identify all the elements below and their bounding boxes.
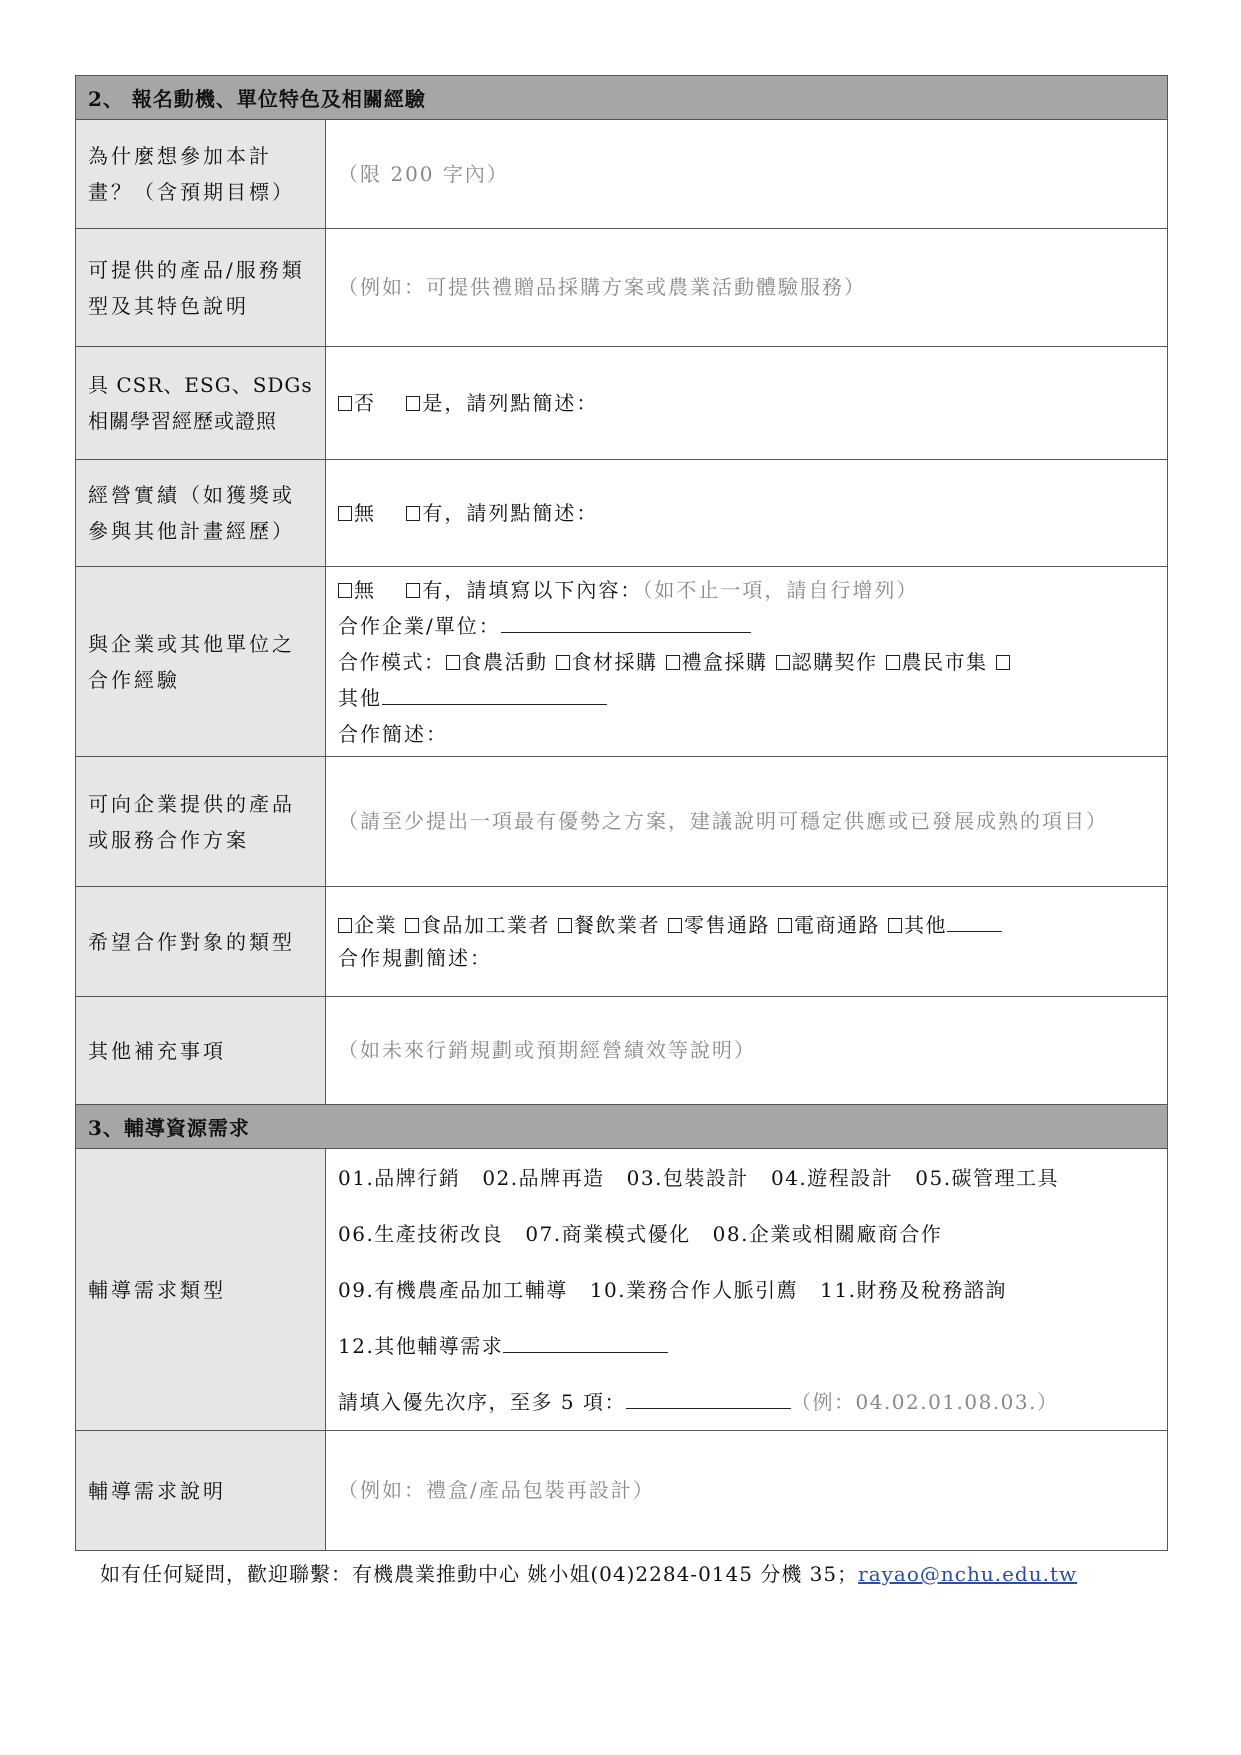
priority-label: 請填入優先次序，至多 5 項： — [338, 1390, 626, 1414]
checkbox-target-retail[interactable] — [668, 918, 682, 933]
priority-input[interactable] — [626, 1388, 791, 1409]
row-motivation: 為什麼想參加本計畫？（含預期目標） （限 200 字內） — [76, 120, 1167, 229]
needs-type-field: 01.品牌行銷02.品牌再造03.包裝設計04.遊程設計05.碳管理工具 06.… — [326, 1149, 1167, 1430]
label-csr: 具 CSR、ESG、SDGs 相關學習經歷或證照 — [76, 347, 326, 459]
other-notes-field[interactable]: （如未來行銷規劃或預期經營績效等說明） — [326, 997, 1167, 1104]
section-2-header: 2、 報名動機、單位特色及相關經驗 — [76, 76, 1167, 120]
row-needs-desc: 輔導需求說明 （例如：禮盒/產品包裝再設計） — [76, 1431, 1167, 1550]
plan-label: 合作規劃簡述： — [338, 946, 492, 970]
mode-market: 農民市集 — [902, 650, 988, 674]
checkbox-target-enterprise[interactable] — [338, 918, 352, 933]
application-form-table: 2、 報名動機、單位特色及相關經驗 為什麼想參加本計畫？（含預期目標） （限 2… — [75, 75, 1168, 1551]
coop-summary-label: 合作簡述： — [338, 722, 448, 746]
target-retail: 零售通路 — [684, 913, 770, 937]
need-08: 08.企業或相關廠商合作 — [713, 1222, 943, 1246]
row-targets: 希望合作對象的類型 企業食品加工業者餐飲業者零售通路電商通路其他 合作規劃簡述： — [76, 887, 1167, 997]
needs-desc-hint: （例如：禮盒/產品包裝再設計） — [338, 1472, 1155, 1509]
label-other-notes: 其他補充事項 — [76, 997, 326, 1104]
checkbox-target-food-processor[interactable] — [405, 918, 419, 933]
mode-food-farm: 食農活動 — [462, 650, 548, 674]
mode-giftbox: 禮盒採購 — [682, 650, 768, 674]
label-needs-desc: 輔導需求說明 — [76, 1431, 326, 1550]
target-food-processor: 食品加工業者 — [421, 913, 550, 937]
need-12: 12.其他輔導需求 — [338, 1334, 503, 1358]
checkbox-mode-market[interactable] — [886, 655, 900, 670]
target-restaurant: 餐飲業者 — [574, 913, 660, 937]
label-cooperation: 與企業或其他單位之合作經驗 — [76, 567, 326, 756]
checkbox-csr-yes[interactable] — [406, 396, 420, 411]
target-other-input[interactable] — [947, 911, 1002, 932]
label-proposal: 可向企業提供的產品或服務合作方案 — [76, 757, 326, 886]
contact-email-link[interactable]: rayao@nchu.edu.tw — [858, 1562, 1077, 1586]
checkbox-mode-ingredients[interactable] — [556, 655, 570, 670]
target-enterprise: 企業 — [354, 913, 397, 937]
cooperation-field: 無 有，請填寫以下內容：（如不止一項，請自行增列） 合作企業/單位： 合作模式：… — [326, 567, 1167, 756]
row-needs-type: 輔導需求類型 01.品牌行銷02.品牌再造03.包裝設計04.遊程設計05.碳管… — [76, 1149, 1167, 1431]
mode-label: 合作模式： — [338, 650, 446, 674]
checkbox-coop-none[interactable] — [338, 583, 352, 598]
need-07: 07.商業模式優化 — [525, 1222, 690, 1246]
contact-footer: 如有任何疑問，歡迎聯繫：有機農業推動中心 姚小姐(04)2284-0145 分機… — [100, 1558, 1077, 1587]
need-03: 03.包裝設計 — [627, 1166, 749, 1190]
checkbox-achievements-none[interactable] — [338, 506, 352, 521]
mode-other-label: 其他 — [338, 686, 382, 710]
label-needs-type: 輔導需求類型 — [76, 1149, 326, 1430]
checkbox-target-other[interactable] — [888, 918, 902, 933]
target-other: 其他 — [904, 913, 947, 937]
target-ecommerce: 電商通路 — [794, 913, 880, 937]
checkbox-target-ecommerce[interactable] — [778, 918, 792, 933]
label-motivation: 為什麼想參加本計畫？（含預期目標） — [76, 120, 326, 228]
needs-desc-field[interactable]: （例如：禮盒/產品包裝再設計） — [326, 1431, 1167, 1550]
checkbox-csr-no[interactable] — [338, 396, 352, 411]
proposal-hint: （請至少提出一項最有優勢之方案，建議說明可穩定供應或已發展成熟的項目） — [338, 803, 1155, 840]
needs-line-2: 06.生產技術改良07.商業模式優化08.企業或相關廠商合作 — [338, 1206, 1155, 1262]
motivation-hint: （限 200 字內） — [338, 156, 1155, 193]
checkbox-mode-contract[interactable] — [776, 655, 790, 670]
needs-line-3: 09.有機農產品加工輔導10.業務合作人脈引薦11.財務及稅務諮詢 — [338, 1262, 1155, 1318]
csr-field: 否 是，請列點簡述： — [326, 347, 1167, 459]
need-11: 11.財務及稅務諮詢 — [820, 1278, 1007, 1302]
mode-ingredients: 食材採購 — [572, 650, 658, 674]
checkbox-mode-food-farm[interactable] — [446, 655, 460, 670]
checkbox-target-restaurant[interactable] — [558, 918, 572, 933]
coop-hint: （如不止一項，請自行增列） — [642, 578, 918, 602]
partner-input[interactable] — [501, 612, 751, 633]
need-02: 02.品牌再造 — [482, 1166, 604, 1190]
section-3-header: 3、輔導資源需求 — [76, 1105, 1167, 1149]
targets-field: 企業食品加工業者餐飲業者零售通路電商通路其他 合作規劃簡述： — [326, 887, 1167, 996]
row-csr: 具 CSR、ESG、SDGs 相關學習經歷或證照 否 是，請列點簡述： — [76, 347, 1167, 460]
need-06: 06.生產技術改良 — [338, 1222, 503, 1246]
mode-contract: 認購契作 — [792, 650, 878, 674]
label-achievements: 經營實績（如獲獎或參與其他計畫經歷） — [76, 460, 326, 566]
row-products: 可提供的產品/服務類型及其特色說明 （例如：可提供禮贈品採購方案或農業活動體驗服… — [76, 229, 1167, 347]
option-csr-no: 否 — [354, 391, 376, 415]
needs-line-1: 01.品牌行銷02.品牌再造03.包裝設計04.遊程設計05.碳管理工具 — [338, 1150, 1155, 1206]
option-coop-none: 無 — [354, 578, 376, 602]
partner-label: 合作企業/單位： — [338, 614, 501, 638]
row-other-notes: 其他補充事項 （如未來行銷規劃或預期經營績效等說明） — [76, 997, 1167, 1105]
need-10: 10.業務合作人脈引薦 — [590, 1278, 798, 1302]
row-proposal: 可向企業提供的產品或服務合作方案 （請至少提出一項最有優勢之方案，建議說明可穩定… — [76, 757, 1167, 887]
need-04: 04.遊程設計 — [771, 1166, 893, 1190]
option-csr-yes: 是，請列點簡述： — [422, 391, 598, 415]
other-notes-hint: （如未來行銷規劃或預期經營績效等說明） — [338, 1032, 1155, 1069]
contact-text: 如有任何疑問，歡迎聯繫：有機農業推動中心 姚小姐(04)2284-0145 分機… — [100, 1562, 858, 1586]
need-01: 01.品牌行銷 — [338, 1166, 460, 1190]
products-hint: （例如：可提供禮贈品採購方案或農業活動體驗服務） — [338, 269, 1155, 306]
products-field[interactable]: （例如：可提供禮贈品採購方案或農業活動體驗服務） — [326, 229, 1167, 346]
need-09: 09.有機農產品加工輔導 — [338, 1278, 568, 1302]
label-targets: 希望合作對象的類型 — [76, 887, 326, 996]
need-05: 05.碳管理工具 — [915, 1166, 1059, 1190]
option-achievements-none: 無 — [354, 501, 376, 525]
proposal-field[interactable]: （請至少提出一項最有優勢之方案，建議說明可穩定供應或已發展成熟的項目） — [326, 757, 1167, 886]
checkbox-mode-other[interactable] — [996, 655, 1010, 670]
option-achievements-yes: 有，請列點簡述： — [422, 501, 598, 525]
mode-other-input[interactable] — [382, 684, 607, 705]
checkbox-mode-giftbox[interactable] — [666, 655, 680, 670]
option-coop-yes: 有，請填寫以下內容： — [422, 578, 642, 602]
needs-line-4: 12.其他輔導需求 — [338, 1318, 1155, 1374]
row-cooperation: 與企業或其他單位之合作經驗 無 有，請填寫以下內容：（如不止一項，請自行增列） … — [76, 567, 1167, 757]
priority-hint: （例：04.02.01.08.03.） — [791, 1390, 1059, 1414]
achievements-field: 無 有，請列點簡述： — [326, 460, 1167, 566]
label-products: 可提供的產品/服務類型及其特色說明 — [76, 229, 326, 346]
checkbox-coop-yes[interactable] — [406, 583, 420, 598]
checkbox-achievements-yes[interactable] — [406, 506, 420, 521]
row-achievements: 經營實績（如獲獎或參與其他計畫經歷） 無 有，請列點簡述： — [76, 460, 1167, 567]
motivation-field[interactable]: （限 200 字內） — [326, 120, 1167, 228]
other-need-input[interactable] — [503, 1332, 668, 1353]
needs-line-5: 請填入優先次序，至多 5 項：（例：04.02.01.08.03.） — [338, 1374, 1155, 1430]
